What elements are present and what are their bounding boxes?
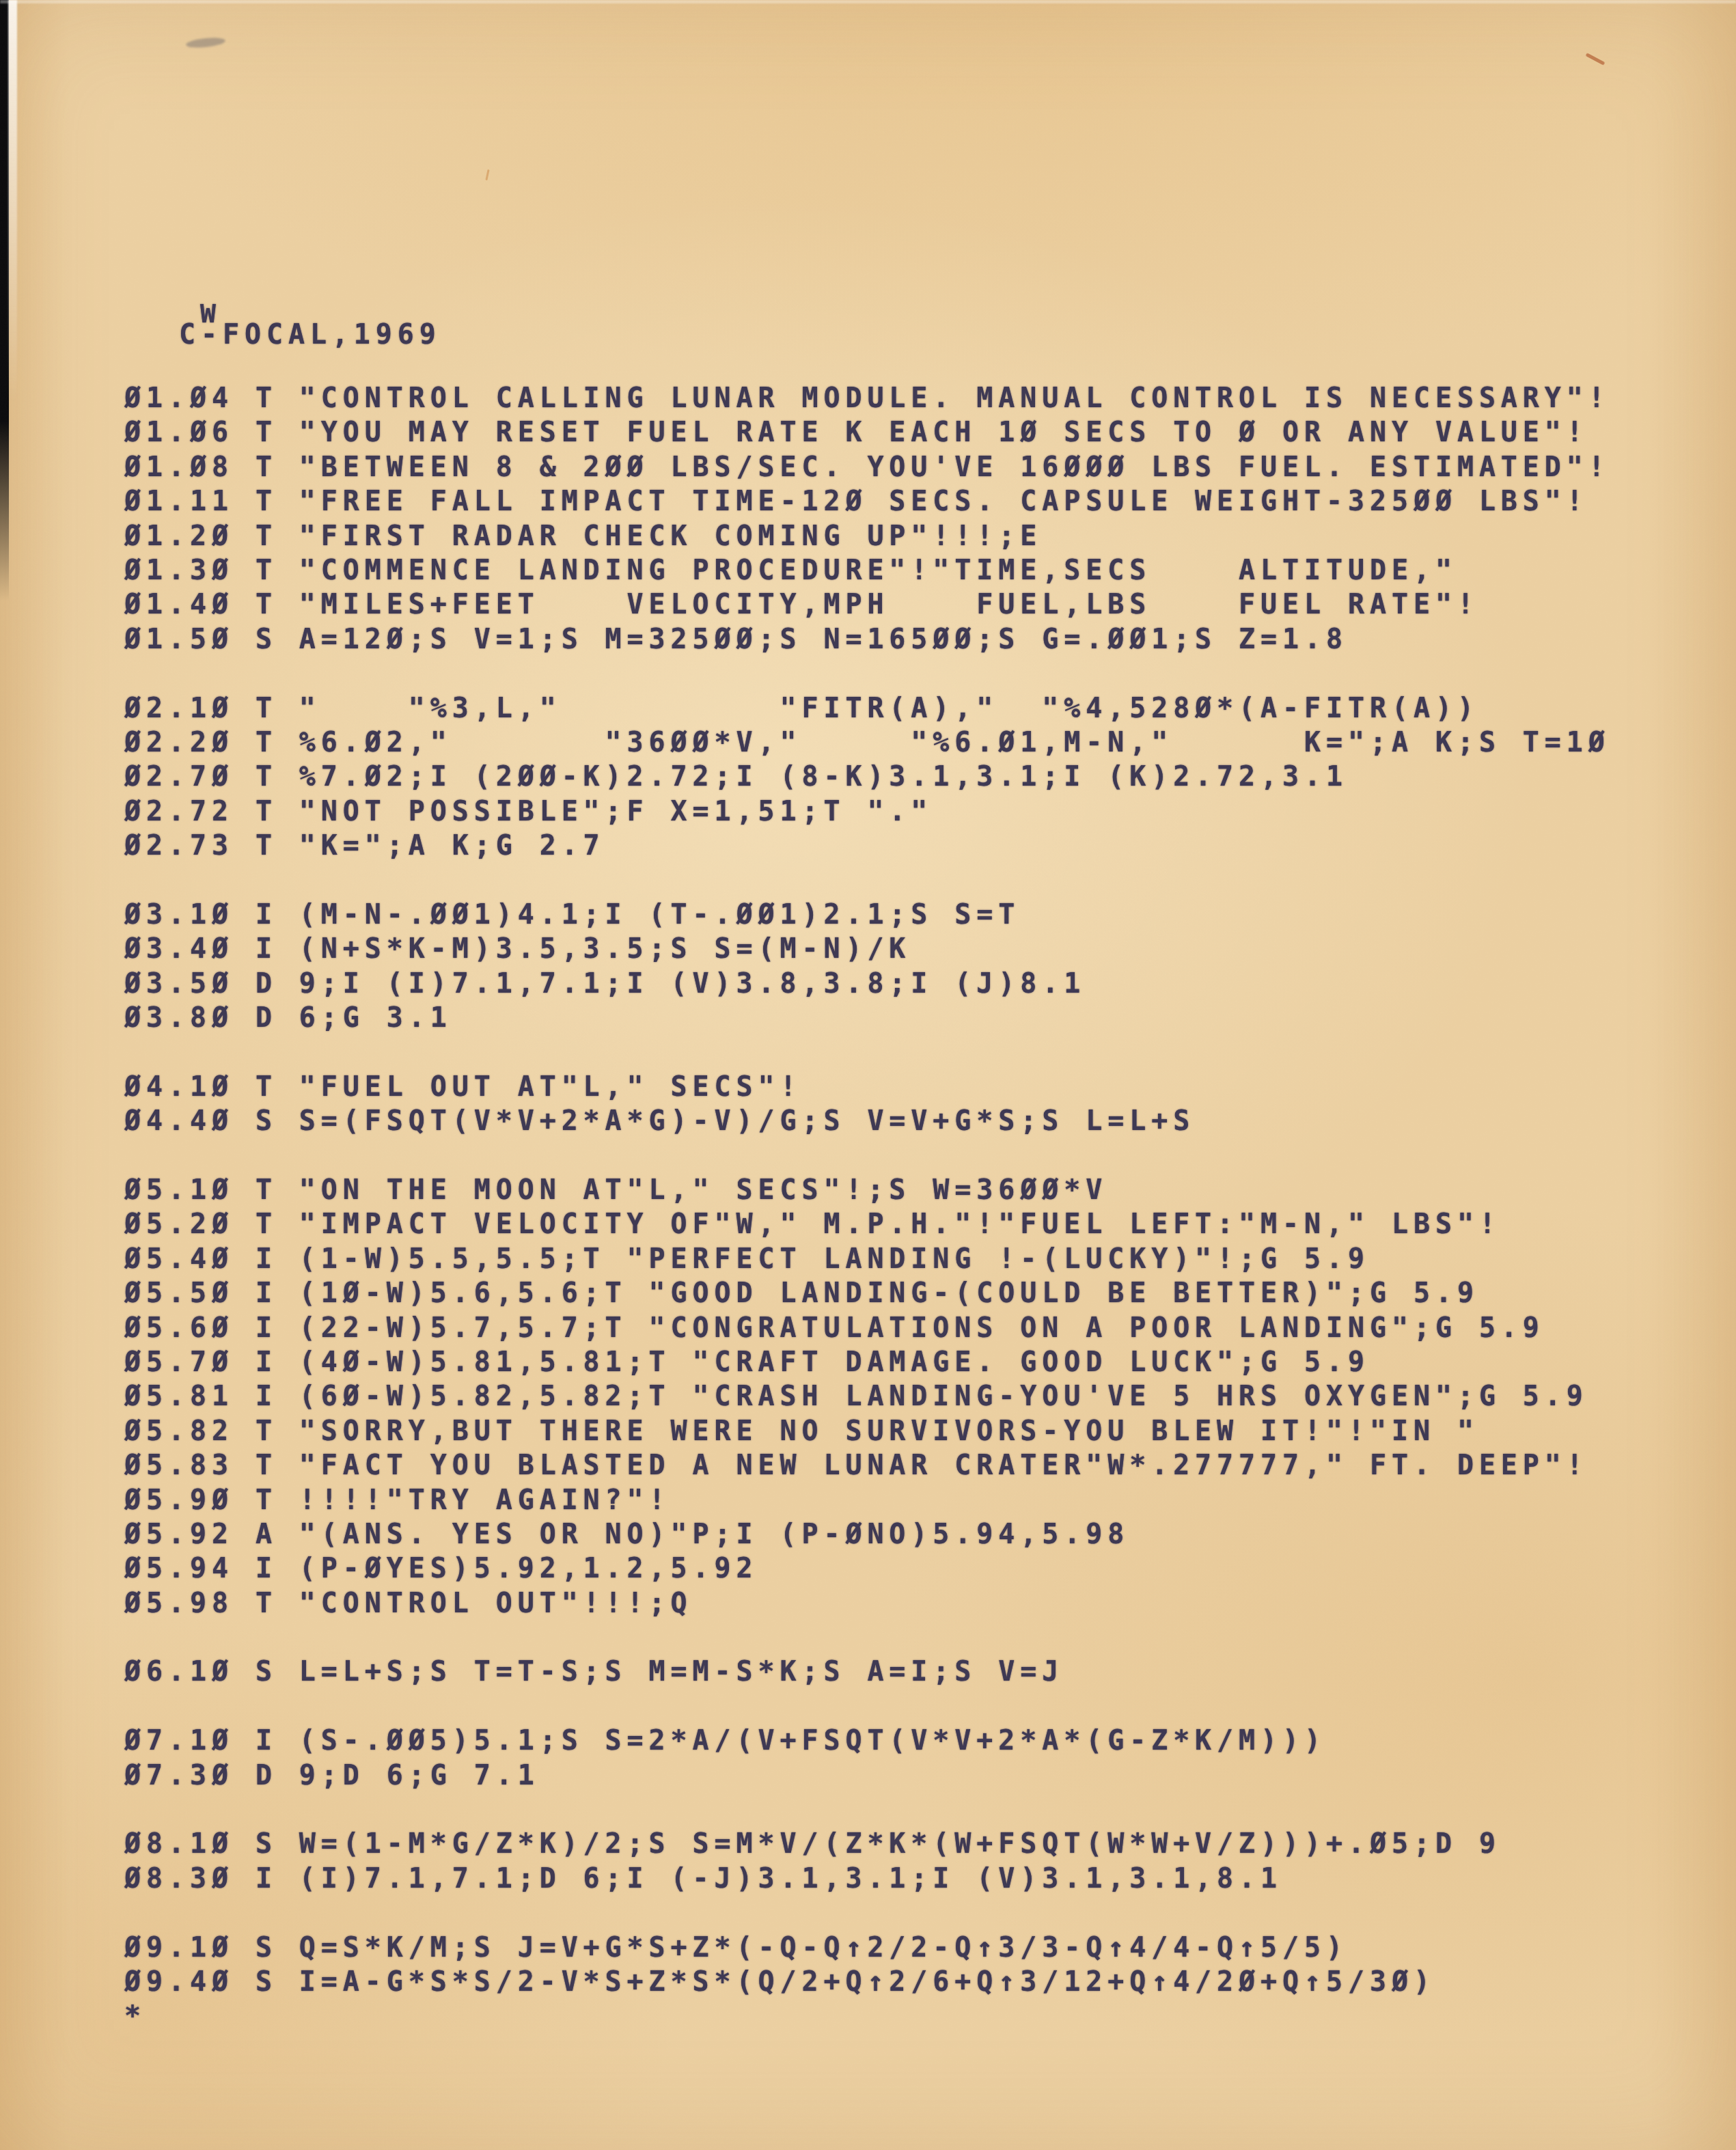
ink-smudge-mark [185, 36, 225, 49]
code-line: Ø5.4Ø I (1-W)5.5,5.5;T "PERFECT LANDING … [124, 1242, 1610, 1276]
code-line: Ø3.1Ø I (M-N-.ØØ1)4.1;I (T-.ØØ1)2.1;S S=… [124, 898, 1610, 932]
code-line: Ø9.4Ø S I=A-G*S*S/2-V*S+Z*S*(Q/2+Q↑2/6+Q… [124, 1965, 1610, 1999]
code-line: Ø2.73 T "K=";A K;G 2.7 [124, 829, 1610, 863]
paper-fiber-mark [485, 169, 489, 180]
code-line: Ø3.4Ø I (N+S*K-M)3.5,3.5;S S=(M-N)/K [124, 932, 1610, 966]
code-line: Ø6.1Ø S L=L+S;S T=T-S;S M=M-S*K;S A=I;S … [124, 1655, 1610, 1689]
code-line: Ø5.82 T "SORRY,BUT THERE WERE NO SURVIVO… [124, 1414, 1610, 1448]
code-line: Ø5.92 A "(ANS. YES OR NO)"P;I (P-ØNO)5.9… [124, 1517, 1610, 1552]
paper-top-edge [0, 0, 1736, 3]
code-line: Ø1.4Ø T "MILES+FEET VELOCITY,MPH FUEL,LB… [124, 588, 1610, 622]
code-line: Ø8.1Ø S W=(1-M*G/Z*K)/2;S S=M*V/(Z*K*(W+… [124, 1827, 1610, 1861]
code-line: Ø1.11 T "FREE FALL IMPACT TIME-12Ø SECS.… [124, 484, 1610, 519]
code-line: Ø1.Ø6 T "YOU MAY RESET FUEL RATE K EACH … [124, 415, 1610, 450]
code-line: Ø5.1Ø T "ON THE MOON AT"L," SECS"!;S W=3… [124, 1173, 1610, 1207]
blank-line [124, 863, 1610, 897]
code-line: Ø5.81 I (6Ø-W)5.82,5.82;T "CRASH LANDING… [124, 1379, 1610, 1414]
code-line: Ø1.3Ø T "COMMENCE LANDING PROCEDURE"!"TI… [124, 553, 1610, 588]
blank-line [124, 657, 1610, 691]
code-line: Ø5.9Ø T !!!!"TRY AGAIN?"! [124, 1483, 1610, 1517]
code-line: Ø5.98 T "CONTROL OUT"!!!;Q [124, 1586, 1610, 1621]
code-line: Ø9.1Ø S Q=S*K/M;S J=V+G*S+Z*(-Q-Q↑2/2-Q↑… [124, 1931, 1610, 1965]
focal-program-listing: Ø1.Ø4 T "CONTROL CALLING LUNAR MODULE. M… [124, 381, 1610, 2034]
code-line: Ø1.Ø8 T "BETWEEN 8 & 2ØØ LBS/SEC. YOU'VE… [124, 450, 1610, 484]
code-line: Ø5.83 T "FACT YOU BLASTED A NEW LUNAR CR… [124, 1448, 1610, 1483]
blank-line [124, 1896, 1610, 1930]
end-of-listing-asterisk: * [124, 1999, 1610, 2033]
paper-edge-highlight [8, 0, 17, 437]
blank-line [124, 1621, 1610, 1655]
page-title: C-FOCAL,1969 [179, 321, 441, 348]
code-line: Ø1.5Ø S A=12Ø;S V=1;S M=325ØØ;S N=165ØØ;… [124, 622, 1610, 657]
blank-line [124, 1139, 1610, 1173]
paper-page: { "page": { "superscript": "W", "title":… [0, 0, 1736, 2150]
code-line: Ø5.94 I (P-ØYES)5.92,1.2,5.92 [124, 1552, 1610, 1586]
code-line: Ø1.2Ø T "FIRST RADAR CHECK COMING UP"!!!… [124, 519, 1610, 553]
blank-line [124, 1793, 1610, 1827]
code-line: Ø3.8Ø D 6;G 3.1 [124, 1001, 1610, 1035]
code-line: Ø7.1Ø I (S-.ØØ5)5.1;S S=2*A/(V+FSQT(V*V+… [124, 1724, 1610, 1758]
code-line: Ø1.Ø4 T "CONTROL CALLING LUNAR MODULE. M… [124, 381, 1610, 415]
paper-fiber-mark [1586, 53, 1606, 65]
code-line: Ø5.6Ø I (22-W)5.7,5.7;T "CONGRATULATIONS… [124, 1311, 1610, 1345]
blank-line [124, 1690, 1610, 1724]
code-line: Ø2.7Ø T %7.Ø2;I (2ØØ-K)2.72;I (8-K)3.1,3… [124, 760, 1610, 794]
code-line: Ø2.72 T "NOT POSSIBLE";F X=1,51;T "." [124, 795, 1610, 829]
code-line: Ø5.2Ø T "IMPACT VELOCITY OF"W," M.P.H."!… [124, 1207, 1610, 1241]
code-line: Ø2.2Ø T %6.Ø2," "36ØØ*V," "%6.Ø1,M-N," K… [124, 726, 1610, 760]
code-line: Ø2.1Ø T " "%3,L," "FITR(A)," "%4,528Ø*(A… [124, 691, 1610, 726]
code-line: Ø7.3Ø D 9;D 6;G 7.1 [124, 1759, 1610, 1793]
code-line: Ø8.3Ø I (I)7.1,7.1;D 6;I (-J)3.1,3.1;I (… [124, 1862, 1610, 1896]
code-line: Ø3.5Ø D 9;I (I)7.1,7.1;I (V)3.8,3.8;I (J… [124, 967, 1610, 1001]
code-line: Ø5.7Ø I (4Ø-W)5.81,5.81;T "CRAFT DAMAGE.… [124, 1345, 1610, 1379]
code-line: Ø5.5Ø I (1Ø-W)5.6,5.6;T "GOOD LANDING-(C… [124, 1276, 1610, 1310]
blank-line [124, 1035, 1610, 1069]
code-line: Ø4.4Ø S S=(FSQT(V*V+2*A*G)-V)/G;S V=V+G*… [124, 1104, 1610, 1138]
code-line: Ø4.1Ø T "FUEL OUT AT"L," SECS"! [124, 1070, 1610, 1104]
